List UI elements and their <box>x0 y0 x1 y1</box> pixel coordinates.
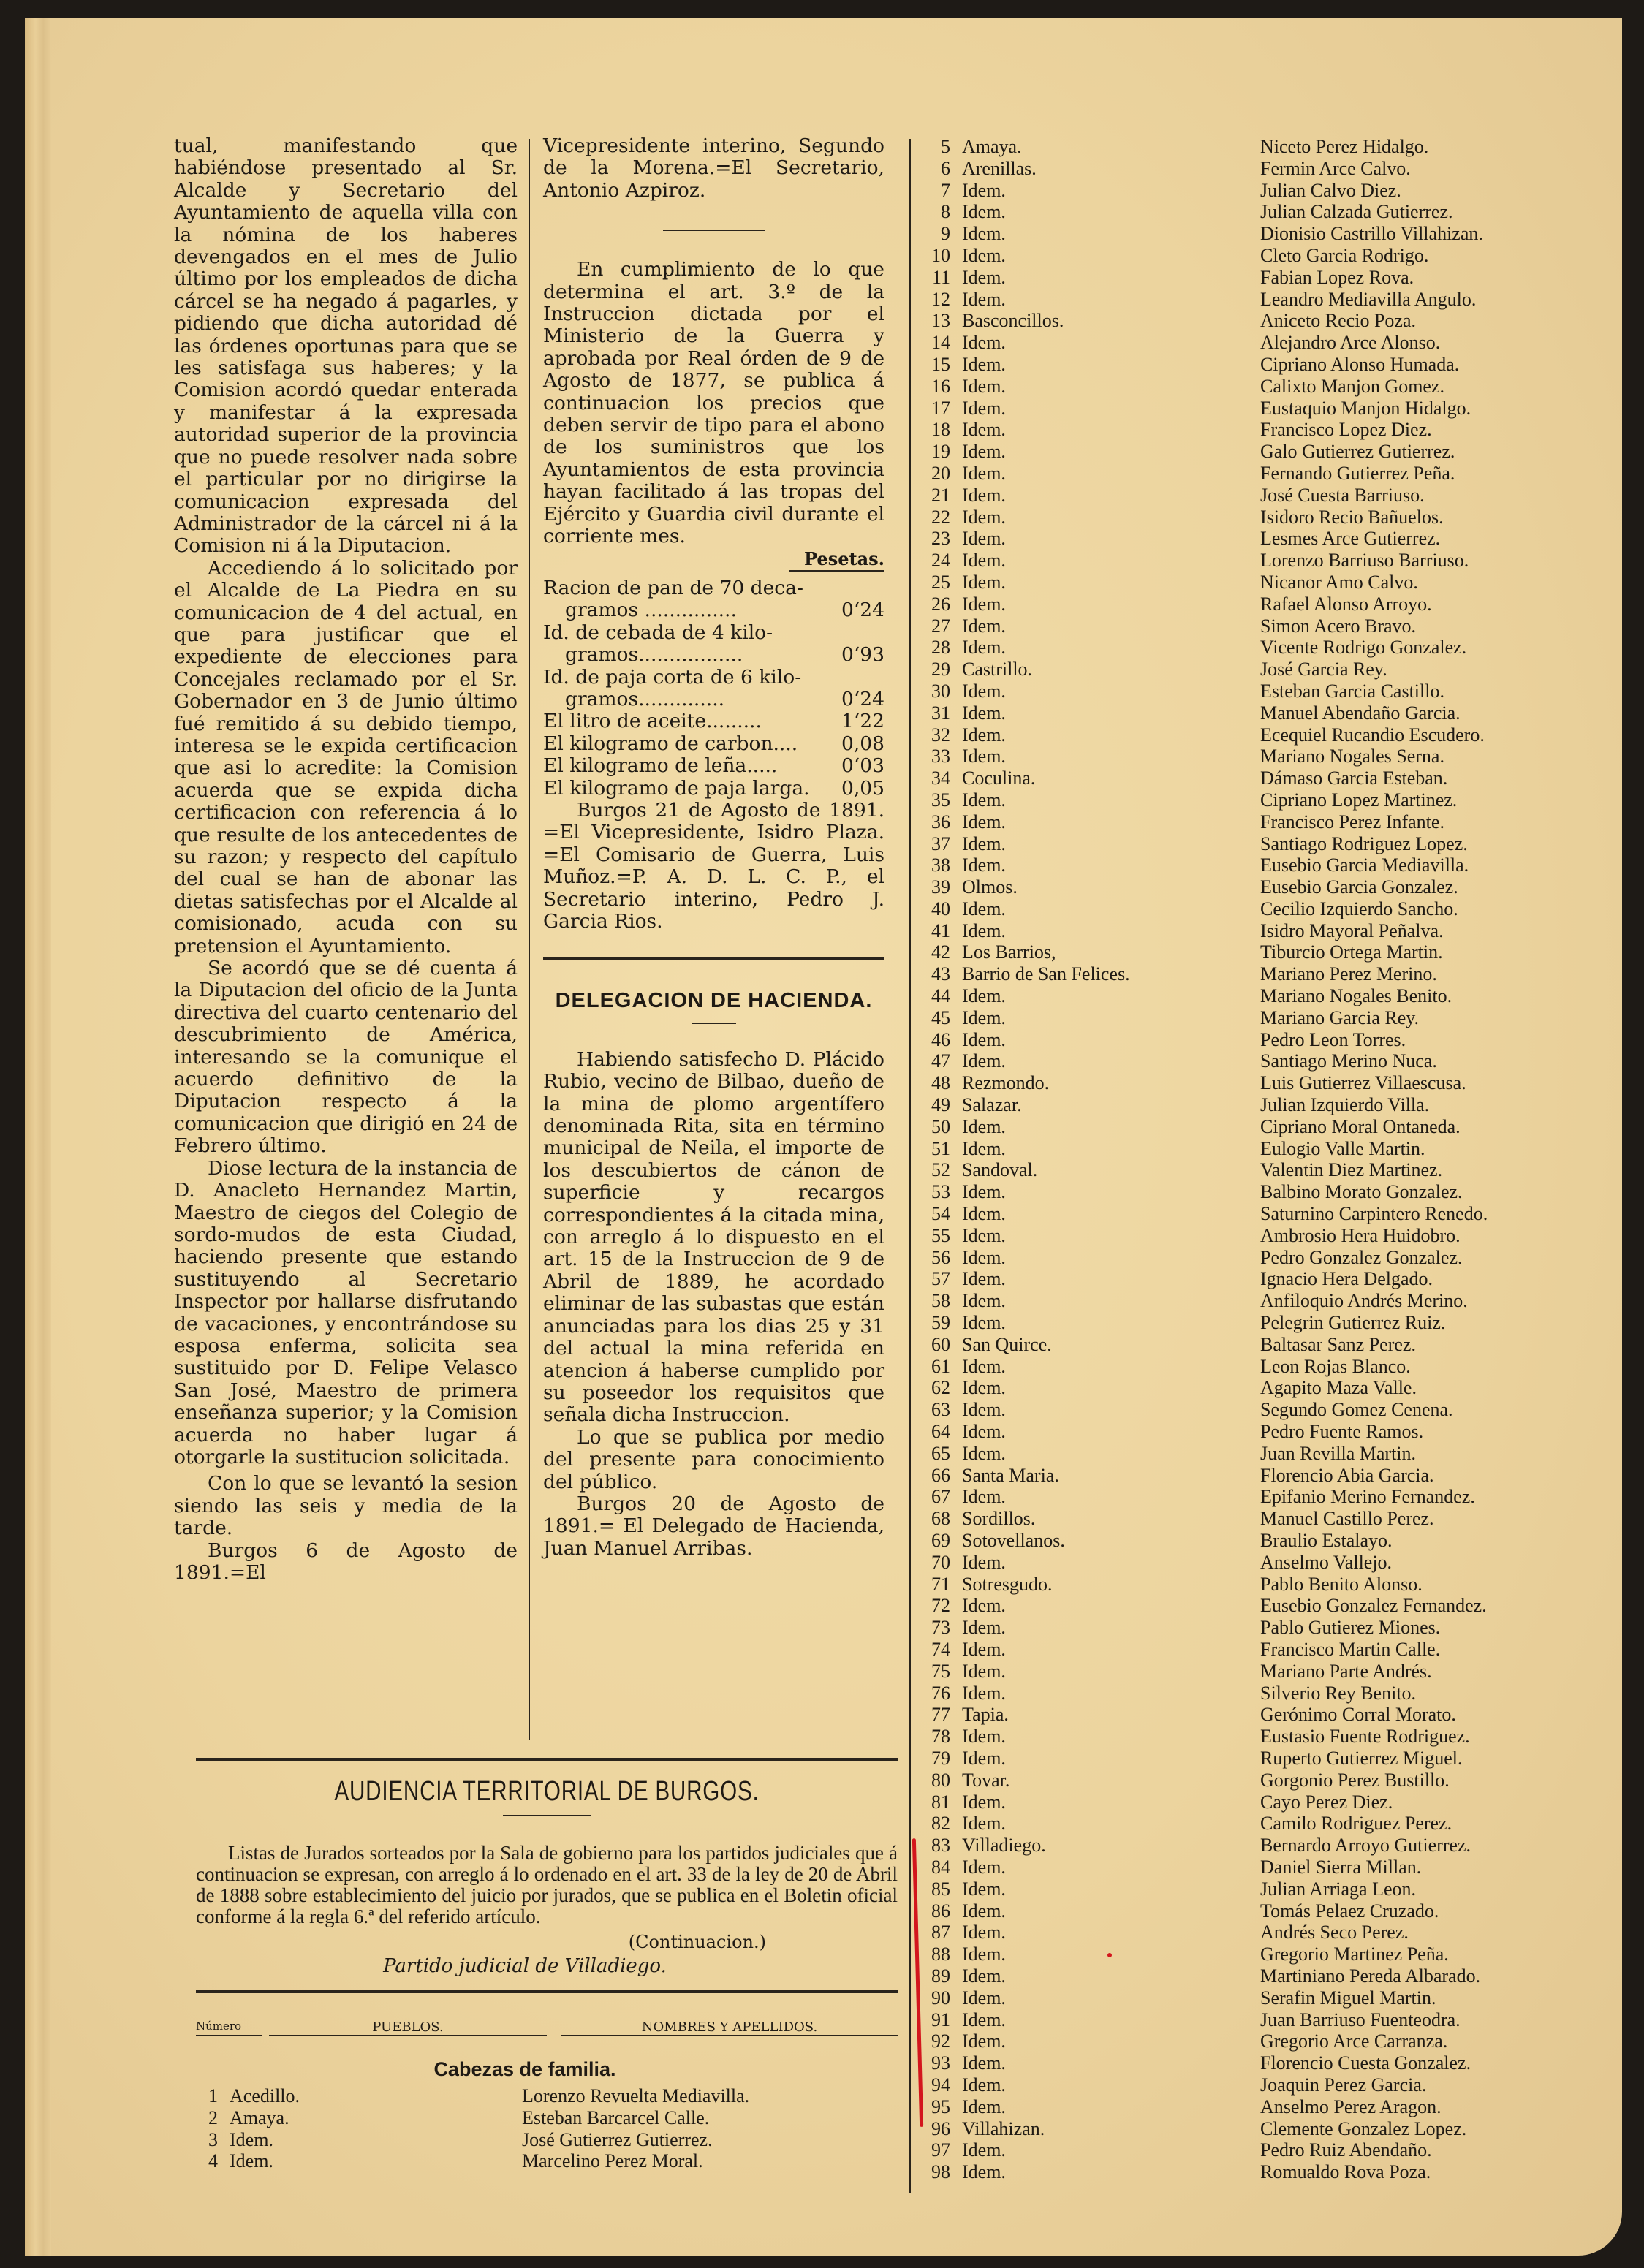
jurado-row: 51Idem.Eulogio Valle Martin. <box>914 1138 1572 1160</box>
jurado-row: 90Idem.Serafin Miguel Martin. <box>914 1987 1572 2009</box>
row-number: 18 <box>914 419 962 441</box>
jurado-row: 13Basconcillos.Aniceto Recio Poza. <box>914 310 1572 332</box>
jurado-row: 31Idem.Manuel Abendaño Garcia. <box>914 702 1572 724</box>
pueblo-name: Idem. <box>962 1050 1260 1072</box>
row-number: 98 <box>914 2161 962 2183</box>
row-number: 6 <box>914 158 962 180</box>
jurado-row: 48Rezmondo.Luis Gutierrez Villaescusa. <box>914 1072 1572 1094</box>
table-header: Número PUEBLOS. NOMBRES Y APELLIDOS. <box>196 2019 898 2036</box>
row-number: 26 <box>914 593 962 615</box>
jurado-list-right: 5Amaya.Niceto Perez Hidalgo.6Arenillas.F… <box>914 136 1572 2183</box>
section-divider <box>543 957 884 960</box>
page-edge <box>25 18 51 2256</box>
row-number: 10 <box>914 245 962 267</box>
juror-name: Gregorio Martinez Peña. <box>1260 1943 1449 1965</box>
row-number: 97 <box>914 2139 962 2161</box>
price-table: Racion de pan de 70 deca- gramos .......… <box>543 577 884 800</box>
jurado-row: 67Idem.Epifanio Merino Fernandez. <box>914 1486 1572 1508</box>
paragraph: Habiendo satisfecho D. Plácido Rubio, ve… <box>543 1049 884 1427</box>
price-row: El kilogramo de leña.....0‘03 <box>543 755 884 777</box>
pueblo-name: Idem. <box>962 398 1260 420</box>
juror-name: Mariano Nogales Serna. <box>1260 746 1444 767</box>
pueblo-name: Idem. <box>962 1203 1260 1225</box>
juror-name: Florencio Abia Garcia. <box>1260 1465 1434 1487</box>
juror-name: Francisco Perez Infante. <box>1260 811 1444 833</box>
juror-name: Ambrosio Hera Huidobro. <box>1260 1225 1461 1247</box>
audiencia-section: AUDIENCIA TERRITORIAL DE BURGOS. Listas … <box>196 1761 898 2172</box>
pueblo-name: Idem. <box>962 1857 1260 1878</box>
juror-name: Juan Revilla Martin. <box>1260 1443 1416 1465</box>
section-divider <box>196 1758 898 1761</box>
pueblo-name: Idem. <box>962 441 1260 463</box>
juror-name: Francisco Lopez Diez. <box>1260 419 1432 441</box>
juror-name: Saturnino Carpintero Renedo. <box>1260 1203 1488 1225</box>
jurado-row: 41Idem.Isidro Mayoral Peñalva. <box>914 920 1572 942</box>
juror-name: Pedro Fuente Ramos. <box>1260 1421 1423 1443</box>
pueblo-name: Tapia. <box>962 1704 1260 1726</box>
juror-name: Romualdo Rova Poza. <box>1260 2161 1431 2183</box>
row-number: 4 <box>181 2150 230 2172</box>
juror-name: Juan Barriuso Fuenteodra. <box>1260 2009 1461 2031</box>
juror-name: Pedro Leon Torres. <box>1260 1029 1406 1051</box>
jurado-row: 81Idem.Cayo Perez Diez. <box>914 1791 1572 1813</box>
pueblo-name: Sordillos. <box>962 1508 1260 1530</box>
pueblo-name: Idem. <box>962 1443 1260 1465</box>
juror-name: José Gutierrez Gutierrez. <box>522 2129 713 2151</box>
pueblo-name: Idem. <box>962 1007 1260 1029</box>
juror-name: Leon Rojas Blanco. <box>1260 1356 1411 1378</box>
row-number: 50 <box>914 1116 962 1138</box>
jurado-row: 97Idem.Pedro Ruiz Abendaño. <box>914 2139 1572 2161</box>
column-header-pueblos: PUEBLOS. <box>269 2019 547 2036</box>
juror-name: Francisco Martin Calle. <box>1260 1639 1440 1661</box>
pueblo-name: Idem. <box>962 180 1260 202</box>
juror-name: Daniel Sierra Millan. <box>1260 1857 1421 1878</box>
pueblo-name: Idem. <box>962 1138 1260 1160</box>
juror-name: Andrés Seco Perez. <box>1260 1922 1409 1943</box>
pueblo-name: Idem. <box>962 1552 1260 1574</box>
pueblo-name: Idem. <box>962 746 1260 767</box>
pueblo-name: Salazar. <box>962 1094 1260 1116</box>
row-number: 72 <box>914 1595 962 1617</box>
juror-name: Rafael Alonso Arroyo. <box>1260 593 1432 615</box>
juror-name: Esteban Barcarcel Calle. <box>522 2107 709 2129</box>
pueblo-name: Idem. <box>962 811 1260 833</box>
row-number: 69 <box>914 1530 962 1552</box>
row-number: 66 <box>914 1465 962 1487</box>
row-number: 27 <box>914 615 962 637</box>
pueblo-name: Idem. <box>962 1791 1260 1813</box>
row-number: 87 <box>914 1922 962 1943</box>
row-number: 71 <box>914 1574 962 1596</box>
juror-name: Anselmo Perez Aragon. <box>1260 2096 1442 2118</box>
price-row: El kilogramo de carbon....0,08 <box>543 733 884 755</box>
row-number: 93 <box>914 2052 962 2074</box>
pueblo-name: Idem. <box>962 1421 1260 1443</box>
jurado-row: 58Idem.Anfiloquio Andrés Merino. <box>914 1290 1572 1312</box>
juror-name: Julian Arriaga Leon. <box>1260 1878 1416 1900</box>
juror-name: Lorenzo Barriuso Barriuso. <box>1260 550 1469 572</box>
juror-name: Julian Izquierdo Villa. <box>1260 1094 1429 1116</box>
jurado-row: 68Sordillos.Manuel Castillo Perez. <box>914 1508 1572 1530</box>
juror-name: Cipriano Alonso Humada. <box>1260 354 1459 376</box>
jurado-row: 14Idem.Alejandro Arce Alonso. <box>914 332 1572 354</box>
jurado-row: 27Idem.Simon Acero Bravo. <box>914 615 1572 637</box>
pueblo-name: Idem. <box>962 550 1260 572</box>
juror-name: Tiburcio Ortega Martin. <box>1260 941 1443 963</box>
row-number: 17 <box>914 398 962 420</box>
jurado-row: 69Sotovellanos.Braulio Estalayo. <box>914 1530 1572 1552</box>
row-number: 57 <box>914 1268 962 1290</box>
left-column: tual, manifestando que habiéndose presen… <box>174 135 518 1584</box>
juror-name: Fermin Arce Calvo. <box>1260 158 1411 180</box>
juror-name: José Garcia Rey. <box>1260 659 1387 680</box>
jurado-row: 5Amaya.Niceto Perez Hidalgo. <box>914 136 1572 158</box>
row-number: 39 <box>914 876 962 898</box>
subheading: Cabezas de familia. <box>196 2058 854 2081</box>
juror-name: Calixto Manjon Gomez. <box>1260 376 1444 398</box>
pueblo-name: Basconcillos. <box>962 310 1260 332</box>
juror-name: Cecilio Izquierdo Sancho. <box>1260 898 1458 920</box>
jurado-row: 18Idem.Francisco Lopez Diez. <box>914 419 1572 441</box>
jurado-row: 64Idem.Pedro Fuente Ramos. <box>914 1421 1572 1443</box>
pueblo-name: Idem. <box>962 1116 1260 1138</box>
jurado-list-left: 1Acedillo.Lorenzo Revuelta Mediavilla.2A… <box>181 2085 898 2172</box>
juror-name: Pelegrin Gutierrez Ruiz. <box>1260 1312 1445 1334</box>
price-row: El litro de aceite.........1‘22 <box>543 710 884 732</box>
row-number: 21 <box>914 485 962 507</box>
row-number: 52 <box>914 1159 962 1181</box>
juror-name: Ecequiel Rucandio Escudero. <box>1260 724 1485 746</box>
pueblo-name: Idem. <box>962 680 1260 702</box>
row-number: 40 <box>914 898 962 920</box>
jurado-row: 72Idem.Eusebio Gonzalez Fernandez. <box>914 1595 1572 1617</box>
jurado-row: 84Idem.Daniel Sierra Millan. <box>914 1857 1572 1878</box>
juror-name: Pedro Ruiz Abendaño. <box>1260 2139 1432 2161</box>
pueblo-name: Idem. <box>962 2009 1260 2031</box>
jurado-row: 29Castrillo.José Garcia Rey. <box>914 659 1572 680</box>
row-number: 79 <box>914 1748 962 1770</box>
row-number: 23 <box>914 528 962 550</box>
jurado-row: 38Idem.Eusebio Garcia Mediavilla. <box>914 854 1572 876</box>
pueblo-name: Idem. <box>962 920 1260 942</box>
juror-name: Cipriano Lopez Martinez. <box>1260 789 1457 811</box>
pueblo-name: Acedillo. <box>230 2085 522 2107</box>
row-number: 65 <box>914 1443 962 1465</box>
row-number: 11 <box>914 267 962 289</box>
pueblo-name: Idem. <box>962 702 1260 724</box>
row-number: 24 <box>914 550 962 572</box>
row-number: 19 <box>914 441 962 463</box>
row-number: 2 <box>181 2107 230 2129</box>
jurado-row: 6Arenillas.Fermin Arce Calvo. <box>914 158 1572 180</box>
row-number: 82 <box>914 1813 962 1835</box>
pueblo-name: Idem. <box>962 507 1260 528</box>
pueblo-name: Idem. <box>962 485 1260 507</box>
row-number: 89 <box>914 1965 962 1987</box>
jurado-row: 96Villahizan.Clemente Gonzalez Lopez. <box>914 2118 1572 2140</box>
jurado-row: 60San Quirce.Baltasar Sanz Perez. <box>914 1334 1572 1356</box>
jurado-row: 24Idem.Lorenzo Barriuso Barriuso. <box>914 550 1572 572</box>
pueblo-name: Idem. <box>962 1247 1260 1269</box>
price-row: El kilogramo de paja larga.0,05 <box>543 778 884 800</box>
pueblo-name: Idem. <box>962 854 1260 876</box>
pueblo-name: Idem. <box>230 2150 522 2172</box>
row-number: 75 <box>914 1661 962 1683</box>
jurado-row: 79Idem.Ruperto Gutierrez Miguel. <box>914 1748 1572 1770</box>
juror-name: Pablo Gutierez Miones. <box>1260 1617 1440 1639</box>
row-number: 80 <box>914 1770 962 1791</box>
prices-signature: Burgos 21 de Agosto de 1891. =El Vicepre… <box>543 800 884 933</box>
pueblo-name: Idem. <box>962 1965 1260 1987</box>
jurado-row: 32Idem.Ecequiel Rucandio Escudero. <box>914 724 1572 746</box>
continuacion-note: (Continuacion.) <box>196 1932 766 1952</box>
jurado-row: 94Idem.Joaquin Perez Garcia. <box>914 2074 1572 2096</box>
jurado-row: 70Idem.Anselmo Vallejo. <box>914 1552 1572 1574</box>
jurado-row: 7Idem.Julian Calvo Diez. <box>914 180 1572 202</box>
juror-name: Manuel Castillo Perez. <box>1260 1508 1434 1530</box>
jurado-row: 22Idem.Isidoro Recio Bañuelos. <box>914 507 1572 528</box>
row-number: 60 <box>914 1334 962 1356</box>
juror-name: Braulio Estalayo. <box>1260 1530 1393 1552</box>
juror-name: Julian Calzada Gutierrez. <box>1260 201 1453 223</box>
pueblo-name: Idem. <box>962 528 1260 550</box>
pueblo-name: Idem. <box>962 332 1260 354</box>
prices-header: Pesetas. <box>789 548 884 572</box>
juror-name: Manuel Abendaño Garcia. <box>1260 702 1461 724</box>
pueblo-name: Idem. <box>962 1748 1260 1770</box>
row-number: 53 <box>914 1181 962 1203</box>
jurado-row: 11Idem.Fabian Lopez Rova. <box>914 267 1572 289</box>
pueblo-name: Idem. <box>962 572 1260 593</box>
paragraph: Diose lectura de la instancia de D. Anac… <box>174 1158 518 1469</box>
jurado-row: 52Sandoval.Valentin Diez Martinez. <box>914 1159 1572 1181</box>
pueblo-name: Idem. <box>962 289 1260 311</box>
juror-name: Aniceto Recio Poza. <box>1260 310 1416 332</box>
short-divider <box>503 1815 591 1816</box>
jurado-row: 2Amaya.Esteban Barcarcel Calle. <box>181 2107 898 2129</box>
column-divider <box>909 139 911 2193</box>
paragraph: Se acordó que se dé cuenta á la Diputaci… <box>174 957 518 1158</box>
juror-name: Valentin Diez Martinez. <box>1260 1159 1442 1181</box>
jurado-row: 25Idem.Nicanor Amo Calvo. <box>914 572 1572 593</box>
row-number: 1 <box>181 2085 230 2107</box>
pueblo-name: Idem. <box>962 2074 1260 2096</box>
row-number: 58 <box>914 1290 962 1312</box>
jurado-row: 12Idem.Leandro Mediavilla Angulo. <box>914 289 1572 311</box>
prices-intro: En cumplimiento de lo que determina el a… <box>543 259 884 547</box>
row-number: 37 <box>914 833 962 855</box>
juror-name: Niceto Perez Hidalgo. <box>1260 136 1428 158</box>
row-number: 86 <box>914 1900 962 1922</box>
jurado-row: 76Idem.Silverio Rey Benito. <box>914 1683 1572 1704</box>
juror-name: Leandro Mediavilla Angulo. <box>1260 289 1476 311</box>
jurado-row: 49Salazar.Julian Izquierdo Villa. <box>914 1094 1572 1116</box>
row-number: 45 <box>914 1007 962 1029</box>
jurado-row: 53Idem.Balbino Morato Gonzalez. <box>914 1181 1572 1203</box>
jurado-row: 77Tapia.Gerónimo Corral Morato. <box>914 1704 1572 1726</box>
row-number: 44 <box>914 985 962 1007</box>
pueblo-name: Idem. <box>962 1878 1260 1900</box>
pueblo-name: Los Barrios, <box>962 941 1260 963</box>
price-row: Racion de pan de 70 deca- gramos .......… <box>543 577 884 622</box>
row-number: 36 <box>914 811 962 833</box>
jurado-row: 57Idem.Ignacio Hera Delgado. <box>914 1268 1572 1290</box>
row-number: 59 <box>914 1312 962 1334</box>
jurado-row: 37Idem.Santiago Rodriguez Lopez. <box>914 833 1572 855</box>
juror-name: Eustasio Fuente Rodriguez. <box>1260 1726 1470 1748</box>
jurado-row: 93Idem.Florencio Cuesta Gonzalez. <box>914 2052 1572 2074</box>
juror-name: Mariano Parte Andrés. <box>1260 1661 1432 1683</box>
juror-name: Galo Gutierrez Gutierrez. <box>1260 441 1455 463</box>
pueblo-name: Idem. <box>962 223 1260 245</box>
jurado-row: 28Idem.Vicente Rodrigo Gonzalez. <box>914 637 1572 659</box>
row-number: 47 <box>914 1050 962 1072</box>
row-number: 94 <box>914 2074 962 2096</box>
pueblo-name: Idem. <box>962 898 1260 920</box>
juror-name: Tomás Pelaez Cruzado. <box>1260 1900 1439 1922</box>
row-number: 46 <box>914 1029 962 1051</box>
row-number: 13 <box>914 310 962 332</box>
jurado-row: 47Idem.Santiago Merino Nuca. <box>914 1050 1572 1072</box>
jurado-row: 62Idem.Agapito Maza Valle. <box>914 1377 1572 1399</box>
pueblo-name: Idem. <box>962 1312 1260 1334</box>
juror-name: Dionisio Castrillo Villahizan. <box>1260 223 1483 245</box>
row-number: 16 <box>914 376 962 398</box>
pueblo-name: Idem. <box>962 1377 1260 1399</box>
pueblo-name: Idem. <box>962 724 1260 746</box>
juror-name: Ignacio Hera Delgado. <box>1260 1268 1433 1290</box>
juror-name: José Cuesta Barriuso. <box>1260 485 1425 507</box>
pueblo-name: Idem. <box>962 1900 1260 1922</box>
juror-name: Mariano Nogales Benito. <box>1260 985 1452 1007</box>
jurado-row: 10Idem.Cleto Garcia Rodrigo. <box>914 245 1572 267</box>
pueblo-name: Coculina. <box>962 767 1260 789</box>
row-number: 84 <box>914 1857 962 1878</box>
jurado-row: 85Idem.Julian Arriaga Leon. <box>914 1878 1572 1900</box>
row-number: 12 <box>914 289 962 311</box>
jurado-row: 95Idem.Anselmo Perez Aragon. <box>914 2096 1572 2118</box>
row-number: 68 <box>914 1508 962 1530</box>
pueblo-name: Barrio de San Felices. <box>962 963 1260 985</box>
pueblo-name: Idem. <box>962 833 1260 855</box>
juror-name: Cayo Perez Diez. <box>1260 1791 1393 1813</box>
pueblo-name: Idem. <box>962 1617 1260 1639</box>
jurado-row: 30Idem.Esteban Garcia Castillo. <box>914 680 1572 702</box>
intro-paragraph: Listas de Jurados sorteados por la Sala … <box>196 1843 898 1927</box>
row-number: 70 <box>914 1552 962 1574</box>
paragraph: Burgos 20 de Agosto de 1891.= El Delegad… <box>543 1493 884 1560</box>
pueblo-name: Idem. <box>962 1987 1260 2009</box>
jurado-row: 54Idem.Saturnino Carpintero Renedo. <box>914 1203 1572 1225</box>
paragraph: Lo que se publica por medio del presente… <box>543 1427 884 1493</box>
pueblo-name: Idem. <box>962 1922 1260 1943</box>
row-number: 38 <box>914 854 962 876</box>
jurado-row: 44Idem.Mariano Nogales Benito. <box>914 985 1572 1007</box>
section-title: AUDIENCIA TERRITORIAL DE BURGOS. <box>273 1776 821 1808</box>
juror-name: Lorenzo Revuelta Mediavilla. <box>522 2085 749 2107</box>
pueblo-name: Idem. <box>962 2030 1260 2052</box>
jurado-row: 39Olmos.Eusebio Garcia Gonzalez. <box>914 876 1572 898</box>
juror-name: Julian Calvo Diez. <box>1260 180 1401 202</box>
pueblo-name: Idem. <box>962 1639 1260 1661</box>
juror-name: Lesmes Arce Gutierrez. <box>1260 528 1440 550</box>
pueblo-name: Sotresgudo. <box>962 1574 1260 1596</box>
jurado-row: 16Idem.Calixto Manjon Gomez. <box>914 376 1572 398</box>
pueblo-name: Villahizan. <box>962 2118 1260 2140</box>
partido-label: Partido judicial de Villadiego. <box>196 1955 854 1977</box>
middle-column: Vicepresidente interino, Segundo de la M… <box>543 135 884 1560</box>
row-number: 61 <box>914 1356 962 1378</box>
pueblo-name: Amaya. <box>230 2107 522 2129</box>
juror-name: Cipriano Moral Ontaneda. <box>1260 1116 1461 1138</box>
table-top-rule <box>196 1990 898 1993</box>
row-number: 5 <box>914 136 962 158</box>
row-number: 3 <box>181 2129 230 2151</box>
juror-name: Fernando Gutierrez Peña. <box>1260 463 1455 485</box>
juror-name: Silverio Rey Benito. <box>1260 1683 1416 1704</box>
jurado-row: 35Idem.Cipriano Lopez Martinez. <box>914 789 1572 811</box>
row-number: 48 <box>914 1072 962 1094</box>
juror-name: Eustaquio Manjon Hidalgo. <box>1260 398 1471 420</box>
jurado-row: 36Idem.Francisco Perez Infante. <box>914 811 1572 833</box>
pueblo-name: Idem. <box>230 2129 522 2151</box>
jurado-row: 65Idem.Juan Revilla Martin. <box>914 1443 1572 1465</box>
row-number: 51 <box>914 1138 962 1160</box>
pueblo-name: Amaya. <box>962 136 1260 158</box>
juror-name: Ruperto Gutierrez Miguel. <box>1260 1748 1463 1770</box>
jurado-row: 71Sotresgudo.Pablo Benito Alonso. <box>914 1574 1572 1596</box>
jurado-row: 98Idem.Romualdo Rova Poza. <box>914 2161 1572 2183</box>
juror-name: Santiago Merino Nuca. <box>1260 1050 1437 1072</box>
jurado-row: 66Santa Maria.Florencio Abia Garcia. <box>914 1465 1572 1487</box>
pueblo-name: Idem. <box>962 2139 1260 2161</box>
jurado-row: 86Idem.Tomás Pelaez Cruzado. <box>914 1900 1572 1922</box>
juror-name: Pablo Benito Alonso. <box>1260 1574 1423 1596</box>
juror-name: Baltasar Sanz Perez. <box>1260 1334 1416 1356</box>
pueblo-name: Idem. <box>962 1661 1260 1683</box>
row-number: 64 <box>914 1421 962 1443</box>
juror-name: Agapito Maza Valle. <box>1260 1377 1417 1399</box>
juror-name: Anselmo Vallejo. <box>1260 1552 1392 1574</box>
juror-name: Eusebio Garcia Mediavilla. <box>1260 854 1469 876</box>
pueblo-name: Idem. <box>962 267 1260 289</box>
pueblo-name: Olmos. <box>962 876 1260 898</box>
juror-name: Isidro Mayoral Peñalva. <box>1260 920 1444 942</box>
jurado-row: 55Idem.Ambrosio Hera Huidobro. <box>914 1225 1572 1247</box>
pueblo-name: Idem. <box>962 1225 1260 1247</box>
row-number: 28 <box>914 637 962 659</box>
juror-name: Clemente Gonzalez Lopez. <box>1260 2118 1466 2140</box>
row-number: 67 <box>914 1486 962 1508</box>
juror-name: Gorgonio Perez Bustillo. <box>1260 1770 1450 1791</box>
row-number: 49 <box>914 1094 962 1116</box>
juror-name: Gregorio Arce Carranza. <box>1260 2030 1447 2052</box>
pueblo-name: Idem. <box>962 1268 1260 1290</box>
juror-name: Fabian Lopez Rova. <box>1260 267 1414 289</box>
juror-name: Santiago Rodriguez Lopez. <box>1260 833 1468 855</box>
row-number: 88 <box>914 1943 962 1965</box>
signature-continued: Vicepresidente interino, Segundo de la M… <box>543 135 884 202</box>
juror-name: Cleto Garcia Rodrigo. <box>1260 245 1428 267</box>
column-header-nombres: NOMBRES Y APELLIDOS. <box>561 2019 898 2036</box>
row-number: 62 <box>914 1377 962 1399</box>
row-number: 31 <box>914 702 962 724</box>
pueblo-name: Idem. <box>962 1726 1260 1748</box>
row-number: 96 <box>914 2118 962 2140</box>
juror-name: Anfiloquio Andrés Merino. <box>1260 1290 1468 1312</box>
juror-name: Luis Gutierrez Villaescusa. <box>1260 1072 1466 1094</box>
